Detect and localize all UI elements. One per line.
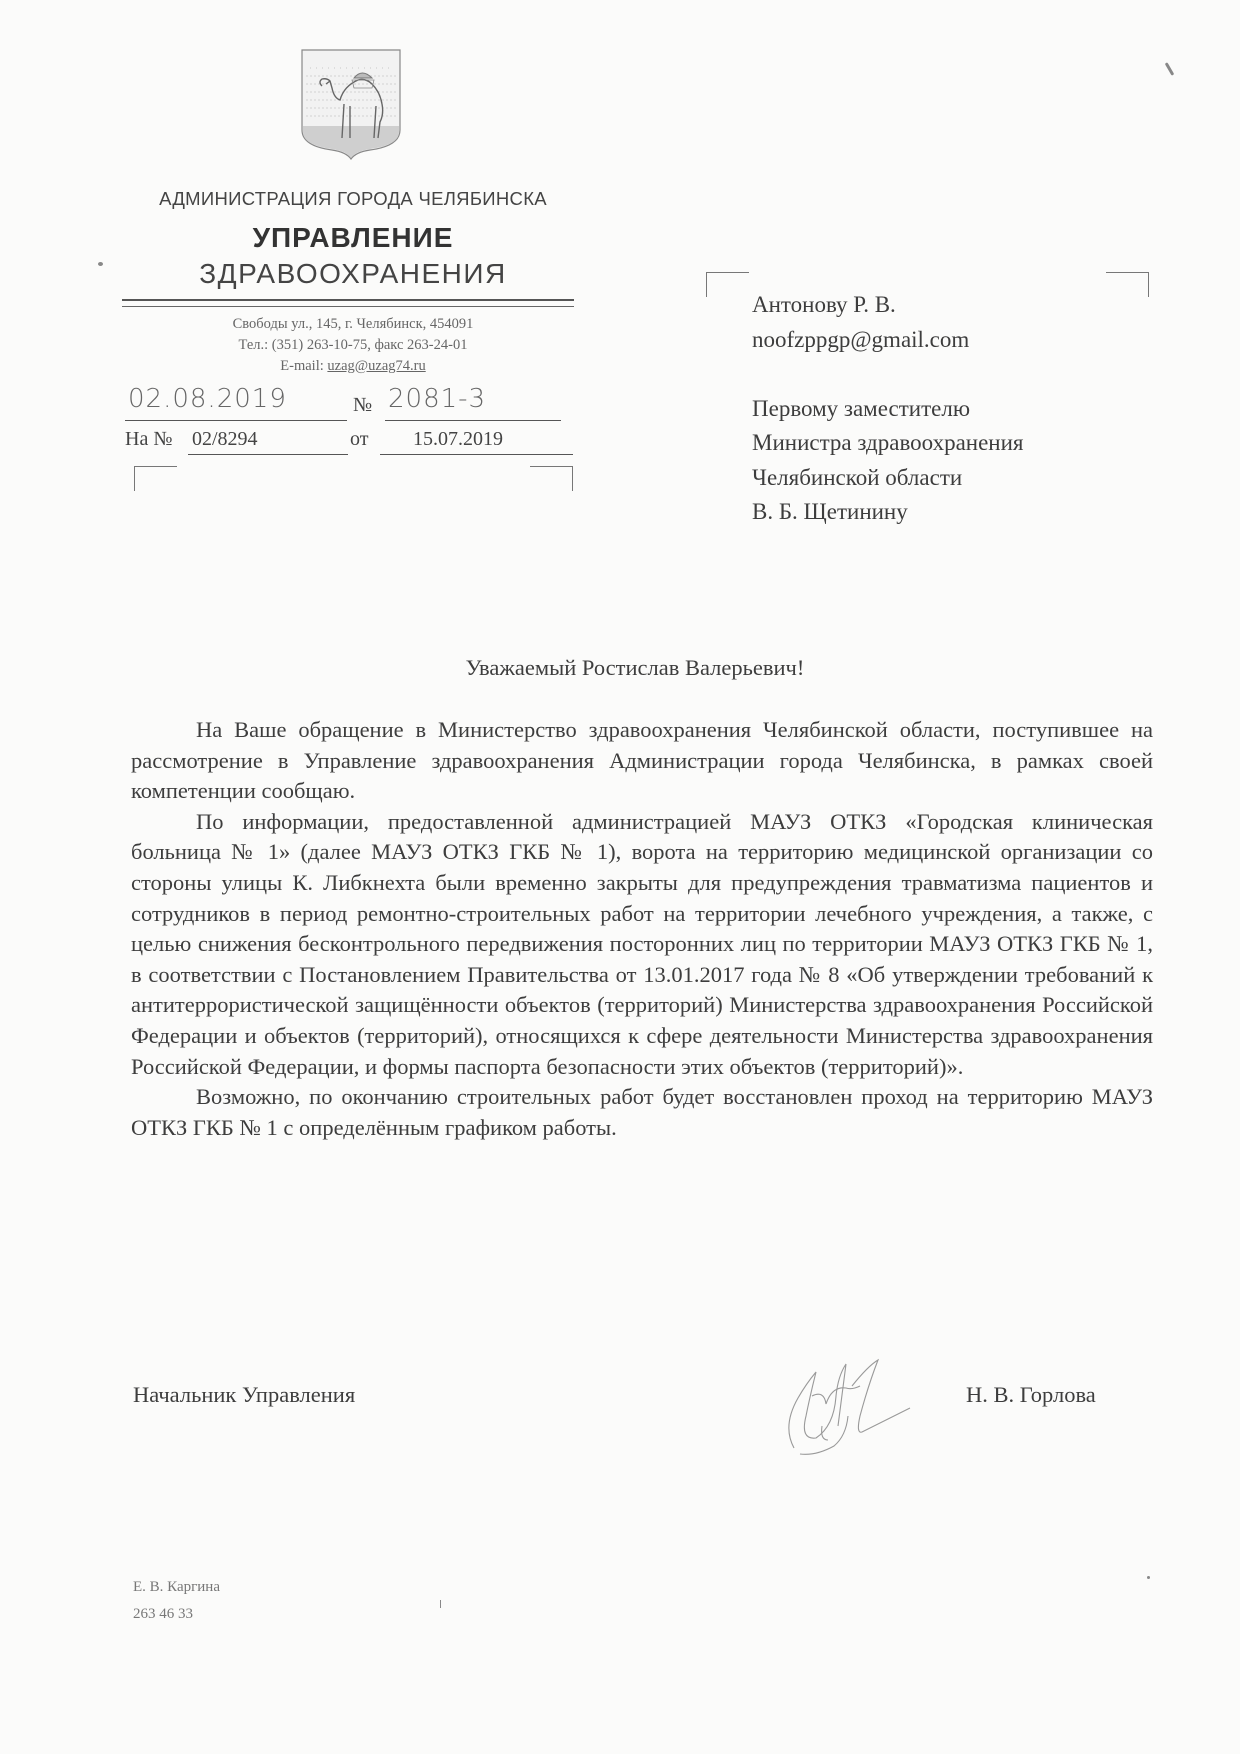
body-paragraph-1: На Ваше обращение в Министерство здравоо… (131, 715, 1153, 807)
letterhead-rule-thin (122, 306, 574, 307)
phone-fax: Тел.: (351) 263-10-75, факс 263-24-01 (133, 335, 573, 356)
recipient-position-1: Первому заместителю (752, 392, 1024, 427)
recipient-position-2: Министра здравоохранения (752, 426, 1024, 461)
handwritten-signature-icon (776, 1356, 966, 1466)
scan-speck (1147, 1576, 1150, 1579)
recipient-addressee: В. Б. Щетинину (752, 495, 1024, 530)
salutation: Уважаемый Ростислав Валерьевич! (0, 655, 1240, 681)
executor-block: Е. В. Каргина 263 46 33 (133, 1574, 220, 1628)
administration-name: АДМИНИСТРАЦИЯ ГОРОДА ЧЕЛЯБИНСКА (133, 188, 573, 210)
reference-date-label: от (350, 428, 368, 451)
email-link[interactable]: uzag@uzag74.ru (327, 358, 425, 374)
recipient-spacer (752, 357, 1024, 392)
corner-mark-top-left (134, 466, 177, 491)
body-paragraph-3: Возможно, по окончанию строительных рабо… (131, 1082, 1153, 1143)
number-label: № (353, 394, 372, 417)
executor-name: Е. В. Каргина (133, 1574, 220, 1601)
corner-mark-top-right (530, 466, 573, 491)
department-name-line1: УПРАВЛЕНИЕ (133, 222, 573, 254)
department-name-line2: ЗДРАВООХРАНЕНИЯ (133, 258, 573, 290)
outgoing-number: 2081-3 (388, 384, 486, 414)
recipient-block: Антонову Р. В. noofzppgp@gmail.com Перво… (752, 288, 1024, 530)
reference-number: 02/8294 (192, 428, 258, 451)
coat-of-arms-icon (300, 48, 402, 160)
reference-number-label: На № (125, 428, 172, 451)
reference-date: 15.07.2019 (413, 428, 503, 451)
date-underline (125, 420, 347, 421)
recipient-corner-right (1106, 272, 1149, 297)
scan-speck (98, 262, 103, 266)
executor-phone: 263 46 33 (133, 1601, 220, 1628)
outgoing-date: 02.08.2019 (128, 384, 287, 414)
scan-speck (440, 1600, 441, 1608)
ref-number-underline (188, 454, 348, 455)
signatory-name: Н. В. Горлова (966, 1382, 1096, 1408)
body-paragraph-2: По информации, предоставленной администр… (131, 807, 1153, 1082)
scan-speck (1165, 62, 1175, 76)
recipient-corner-left (706, 272, 749, 297)
recipient-email: noofzppgp@gmail.com (752, 323, 1024, 358)
signatory-title: Начальник Управления (133, 1382, 355, 1408)
address: Свободы ул., 145, г. Челябинск, 454091 (133, 314, 573, 335)
email-label: E-mail: (280, 358, 327, 374)
letter-body: На Ваше обращение в Министерство здравоо… (131, 715, 1153, 1143)
recipient-position-3: Челябинской области (752, 461, 1024, 496)
letterhead-rule (122, 299, 574, 301)
letterhead-contacts: Свободы ул., 145, г. Челябинск, 454091 Т… (133, 314, 573, 377)
number-underline (385, 420, 561, 421)
ref-date-underline (380, 454, 573, 455)
email-line: E-mail: uzag@uzag74.ru (133, 356, 573, 377)
recipient-name: Антонову Р. В. (752, 288, 1024, 323)
